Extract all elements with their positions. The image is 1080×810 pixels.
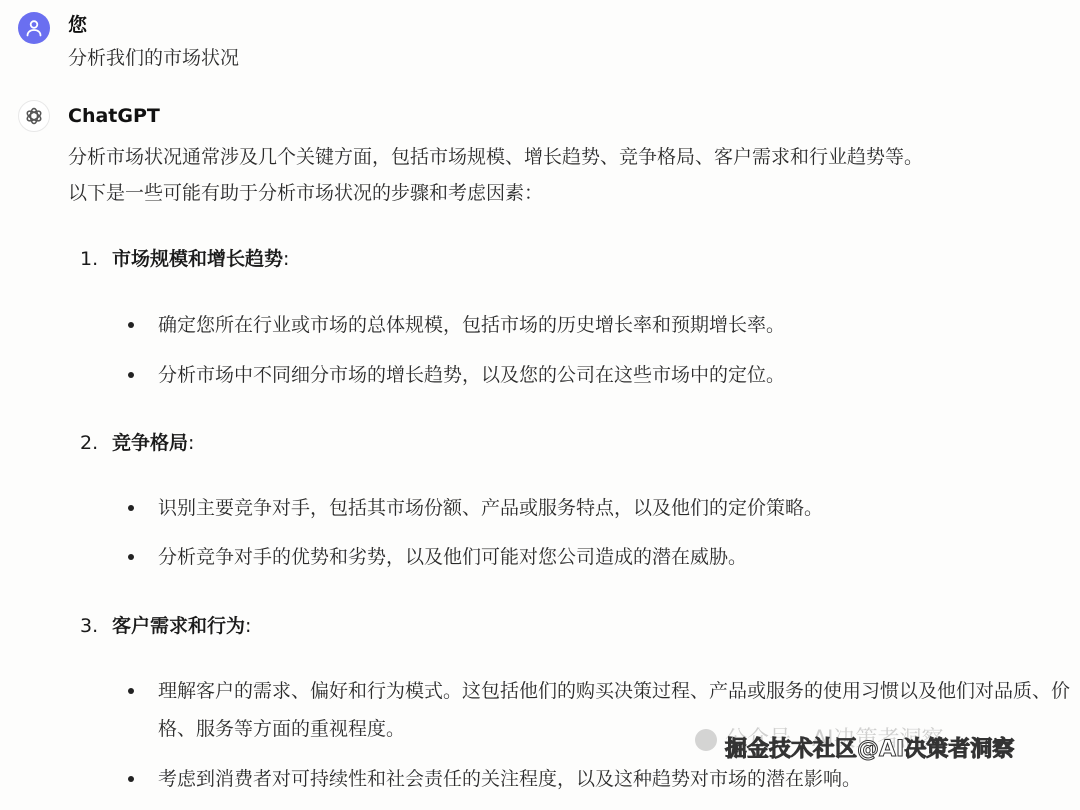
bullet-icon (128, 554, 134, 560)
bullet-icon (128, 688, 134, 694)
assistant-author-name: ChatGPT (68, 103, 923, 129)
list-item: 分析市场中不同细分市场的增长趋势，以及您的公司在这些市场中的定位。 (128, 356, 1073, 394)
list-item: 识别主要竞争对手，包括其市场份额、产品或服务特点，以及他们的定价策略。 (128, 489, 1073, 527)
section-1-heading: 1.市场规模和增长趋势: (80, 244, 289, 271)
list-item: 确定您所在行业或市场的总体规模，包括市场的历史增长率和预期增长率。 (128, 306, 1073, 344)
user-author-name: 您 (68, 12, 239, 38)
wechat-icon (695, 729, 717, 751)
section-3-heading: 3.客户需求和行为: (80, 611, 251, 638)
assistant-intro-line-1: 分析市场状况通常涉及几个关键方面，包括市场规模、增长趋势、竞争格局、客户需求和行… (68, 139, 923, 175)
bullet-icon (128, 322, 134, 328)
bullet-icon (128, 505, 134, 511)
user-avatar (18, 12, 50, 44)
juejin-watermark: 掘金技术社区@AI决策者洞察 (725, 732, 1014, 763)
user-message-text: 分析我们的市场状况 (68, 40, 239, 76)
assistant-avatar (18, 100, 50, 132)
assistant-message: ChatGPT 分析市场状况通常涉及几个关键方面，包括市场规模、增长趋势、竞争格… (18, 100, 923, 211)
bullet-icon (128, 776, 134, 782)
list-item: 分析竞争对手的优势和劣势，以及他们可能对您公司造成的潜在威胁。 (128, 538, 1073, 576)
section-2-heading: 2.竞争格局: (80, 428, 194, 455)
assistant-intro-line-2: 以下是一些可能有助于分析市场状况的步骤和考虑因素： (68, 175, 923, 211)
bullet-icon (128, 372, 134, 378)
user-icon (25, 19, 43, 37)
list-item: 考虑到消费者对可持续性和社会责任的关注程度，以及这种趋势对市场的潜在影响。 (128, 760, 1073, 798)
user-message: 您 分析我们的市场状况 (18, 12, 239, 76)
openai-logo-icon (24, 106, 44, 126)
